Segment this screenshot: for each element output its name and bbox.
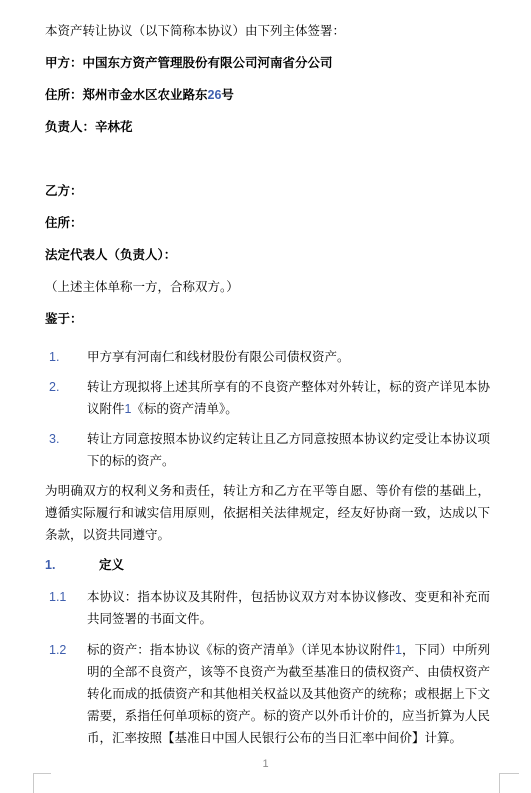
clause-1-2: 1.2 标的资产：指本协议《标的资产清单》（详见本协议附件1，下同）中所列明的全… [45, 639, 490, 749]
page-footer: 1 [0, 752, 531, 775]
party-b-line: 乙方： [45, 180, 490, 202]
contract-document-page: 本资产转让协议（以下简称本协议）由下列主体签署： 甲方：中国东方资产管理股份有限… [0, 0, 531, 793]
party-a-person-line: 负责人：辛林花 [45, 116, 490, 138]
recital-1-text: 甲方享有河南仁和线材股份有限公司债权资产。 [87, 346, 490, 368]
recital-2-number: 2. [49, 376, 87, 420]
party-a-address-line: 住所：郑州市金水区农业路东26号 [45, 84, 490, 106]
section-1-heading: 1. 定义 [45, 554, 490, 576]
clause-1-1-text: 本协议：指本协议及其附件，包括协议双方对本协议修改、变更和补充而共同签署的书面文… [87, 586, 490, 630]
text-boundary-mark-bottom-left [33, 773, 51, 793]
recital-3-text: 转让方同意按照本协议约定转让且乙方同意按照本协议约定受让本协议项下的标的资产。 [87, 428, 490, 472]
blank-paragraph [45, 148, 490, 180]
recital-item-1: 1. 甲方享有河南仁和线材股份有限公司债权资产。 [45, 346, 490, 368]
party-a-line: 甲方：中国东方资产管理股份有限公司河南省分公司 [45, 52, 490, 74]
recital-2-text: 转让方现拟将上述其所享有的不良资产整体对外转让，标的资产详见本协议附件1《标的资… [87, 376, 490, 420]
recital-1-number: 1. [49, 346, 87, 368]
purpose-paragraph: 为明确双方的权利义务和责任，转让方和乙方在平等自愿、等价有偿的基础上，遵循实际履… [45, 480, 490, 546]
section-1-title: 定义 [99, 554, 490, 576]
recital-item-3: 3. 转让方同意按照本协议约定转让且乙方同意按照本协议约定受让本协议项下的标的资… [45, 428, 490, 472]
text-boundary-mark-bottom-right [499, 773, 519, 793]
intro-line: 本资产转让协议（以下简称本协议）由下列主体签署： [45, 20, 490, 42]
clause-1-1-number: 1.1 [49, 586, 87, 630]
party-b-legal-rep-line: 法定代表人（负责人）： [45, 244, 490, 266]
recital-3-number: 3. [49, 428, 87, 472]
clause-1-2-text: 标的资产：指本协议《标的资产清单》（详见本协议附件1，下同）中所列明的全部不良资… [87, 639, 490, 749]
party-a-address-prefix: 住所：郑州市金水区农业路东 [45, 88, 208, 102]
section-1-number: 1. [45, 554, 99, 576]
party-a-address-suffix: 号 [221, 88, 234, 102]
recital-item-2: 2. 转让方现拟将上述其所享有的不良资产整体对外转让，标的资产详见本协议附件1《… [45, 376, 490, 420]
party-b-address-line: 住所： [45, 212, 490, 234]
whereas-heading: 鉴于： [45, 308, 490, 330]
clause-1-2-number: 1.2 [49, 639, 87, 749]
clause-1-1: 1.1 本协议：指本协议及其附件，包括协议双方对本协议修改、变更和补充而共同签署… [45, 586, 490, 630]
clause-1-2-text-post: ，下同）中所列明的全部不良资产，该等不良资产为截至基准日的债权资产、由债权资产转… [87, 643, 490, 745]
page-number: 1 [262, 758, 268, 770]
clause-1-2-text-pre: 标的资产：指本协议《标的资产清单》（详见本协议附件 [87, 643, 395, 657]
clause-1-2-attachment-number: 1 [395, 643, 402, 657]
party-a-address-number: 26 [208, 88, 222, 102]
recital-2-text-post: 《标的资产清单》。 [131, 402, 237, 416]
parties-note-line: （上述主体单称一方，合称双方。） [45, 276, 490, 298]
